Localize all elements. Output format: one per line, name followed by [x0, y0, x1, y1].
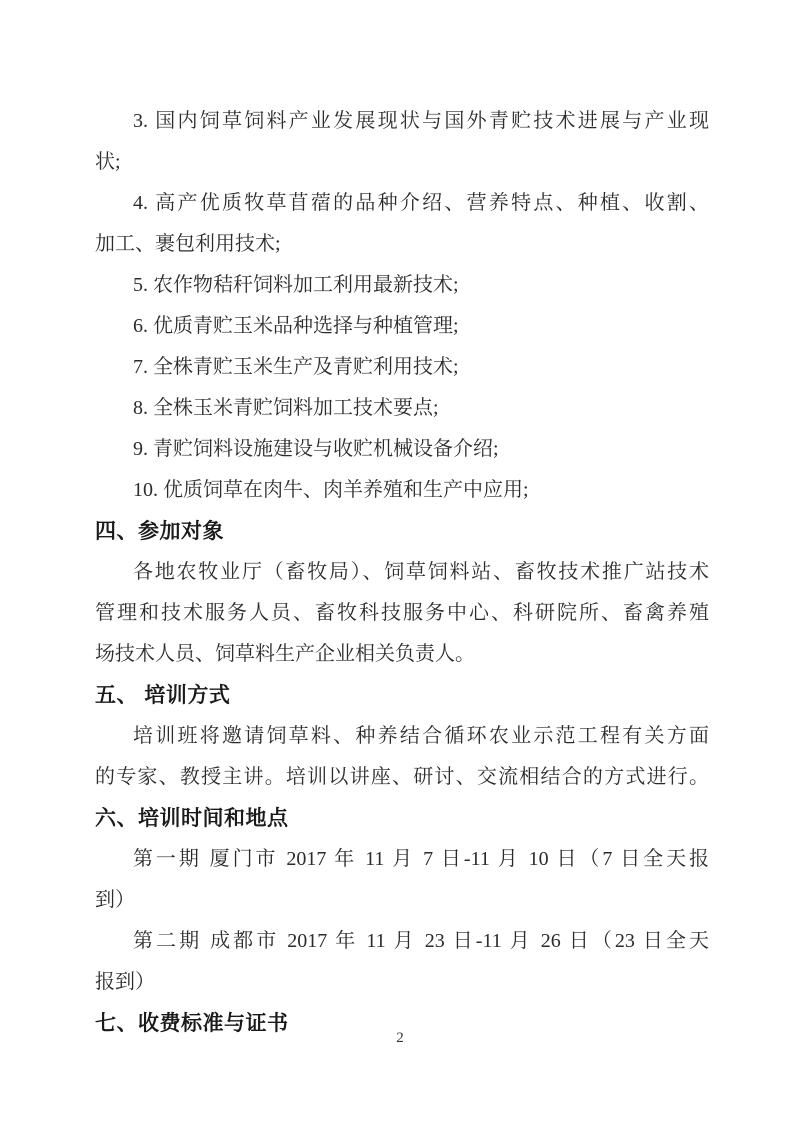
text-line: 6. 优质青贮玉米品种选择与种植管理; [95, 306, 709, 347]
text-line: 9. 青贮饲料设施建设与收贮机械设备介绍; [95, 429, 709, 470]
document-content: 3. 国内饲草饲料产业发展现状与国外青贮技术进展与产业现状;4. 高产优质牧草苜… [95, 101, 709, 1044]
text-line: 各地农牧业厅（畜牧局）、饲草饲料站、畜牧技术推广站技术 [95, 552, 709, 593]
text-line: 培训班将邀请饲草料、种养结合循环农业示范工程有关方面 [95, 716, 709, 757]
text-line: 4. 高产优质牧草苜蓿的品种介绍、营养特点、种植、收割、 [95, 183, 709, 224]
text-line: 3. 国内饲草饲料产业发展现状与国外青贮技术进展与产业现 [95, 101, 709, 142]
section-heading: 五、 培训方式 [95, 675, 709, 716]
text-line: 管理和技术服务人员、畜牧科技服务中心、科研院所、畜禽养殖 [95, 593, 709, 634]
text-line: 10. 优质饲草在肉牛、肉羊养殖和生产中应用; [95, 470, 709, 511]
section-heading: 四、参加对象 [95, 511, 709, 552]
text-line: 第二期 成都市 2017 年 11 月 23 日-11 月 26 日（23 日全… [95, 921, 709, 962]
section-heading: 六、培训时间和地点 [95, 798, 709, 839]
text-line: 加工、裹包利用技术; [95, 224, 709, 265]
text-line: 第一期 厦门市 2017 年 11 月 7 日-11 月 10 日（7 日全天报 [95, 839, 709, 880]
text-line: 报到） [95, 962, 709, 1003]
text-line: 的专家、教授主讲。培训以讲座、研讨、交流相结合的方式进行。 [95, 757, 709, 798]
text-line: 7. 全株青贮玉米生产及青贮利用技术; [95, 347, 709, 388]
text-line: 状; [95, 142, 709, 183]
text-line: 5. 农作物秸秆饲料加工利用最新技术; [95, 265, 709, 306]
text-line: 到） [95, 880, 709, 921]
document-page: 3. 国内饲草饲料产业发展现状与国外青贮技术进展与产业现状;4. 高产优质牧草苜… [0, 0, 800, 1131]
text-line: 8. 全株玉米青贮饲料加工技术要点; [95, 388, 709, 429]
text-line: 场技术人员、饲草料生产企业相关负责人。 [95, 634, 709, 675]
page-number: 2 [0, 1030, 800, 1047]
